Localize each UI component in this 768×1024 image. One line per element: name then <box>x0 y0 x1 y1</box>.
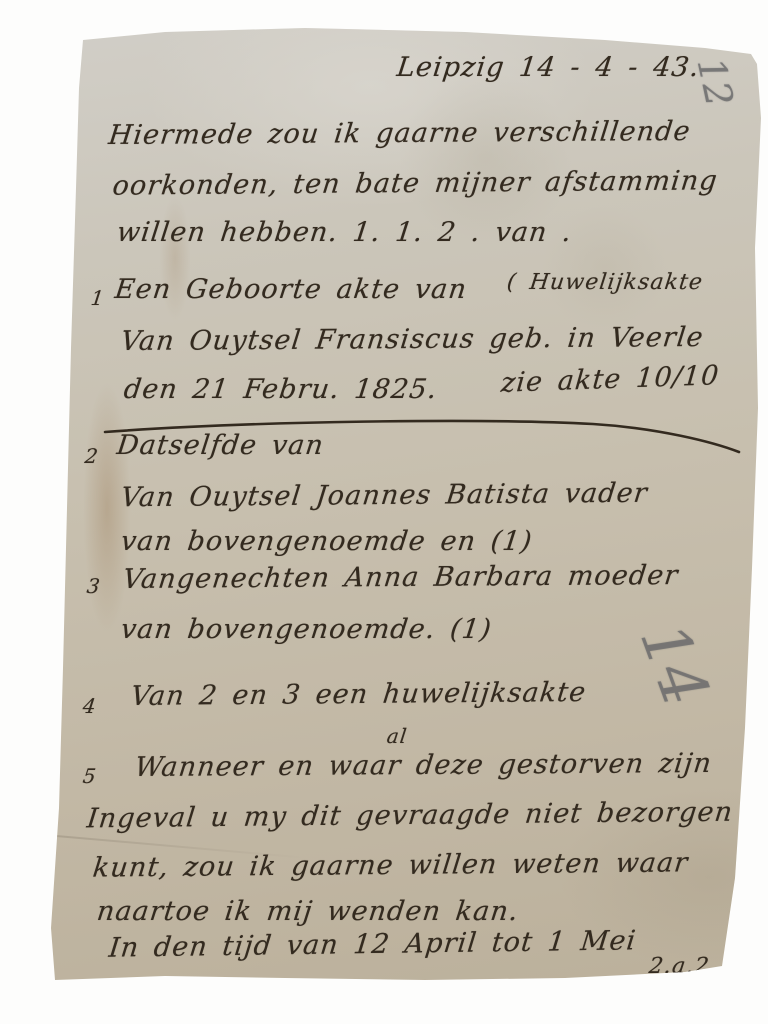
item-1-ref-note: zie akte 10/10 <box>500 360 721 399</box>
item-2-number: 2 <box>84 444 100 468</box>
item-4-number: 4 <box>82 694 98 718</box>
closing-line-1: Ingeval u my dit gevraagde niet bezorgen <box>85 797 735 835</box>
item-1-side-note: ( Huwelijksakte <box>505 270 704 295</box>
pencil-annotation-middle-right: 14 <box>625 614 722 716</box>
pencil-annotation-top-right: 12 <box>689 54 742 110</box>
item-3-line-2: van bovengenoemde. (1) <box>119 614 494 645</box>
dateline: Leipzig 14 - 4 - 43. <box>395 52 701 83</box>
closing-line-2: kunt, zou ik gaarne willen weten waar <box>91 847 690 883</box>
item-5-number: 5 <box>82 764 98 788</box>
item-3-line-1: Vangenechten Anna Barbara moeder <box>121 560 680 595</box>
item-1-line-1: Een Geboorte akte van <box>113 274 469 305</box>
closing-line-4: In den tijd van 12 April tot 1 Mei <box>107 925 638 963</box>
closing-line-3: naartoe ik mij wenden kan. <box>95 896 520 927</box>
postcard-paper: Leipzig 14 - 4 - 43. Hiermede zou ik gaa… <box>45 28 767 993</box>
intro-line-2: oorkonden, ten bate mijner afstamming <box>111 165 720 201</box>
sign-off: 2.a.2. <box>647 954 719 979</box>
item-3-number: 3 <box>86 574 102 598</box>
item-1-line-2: Van Ouytsel Fransiscus geb. in Veerle <box>119 322 705 357</box>
item-5-insertion: al <box>386 724 409 748</box>
photo-of-postcard: Leipzig 14 - 4 - 43. Hiermede zou ik gaa… <box>0 0 768 1024</box>
intro-line-1: Hiermede zou ik gaarne verschillende <box>107 116 693 151</box>
item-1-line-3: den 21 Febru. 1825. <box>122 374 439 405</box>
item-2-line-2: Van Ouytsel Joannes Batista vader <box>119 478 649 514</box>
item-2-line-1: Datselfde van <box>115 430 326 461</box>
item-2-line-3: van bovengenoemde en (1) <box>119 526 534 557</box>
item-1-number: 1 <box>90 286 106 310</box>
intro-line-3: willen hebben. 1. 1. 2 . van . <box>115 217 574 248</box>
item-4-line-1: Van 2 en 3 een huwelijksakte <box>129 677 588 712</box>
item-5-line-1: Wanneer en waar deze gestorven zijn <box>133 748 714 783</box>
